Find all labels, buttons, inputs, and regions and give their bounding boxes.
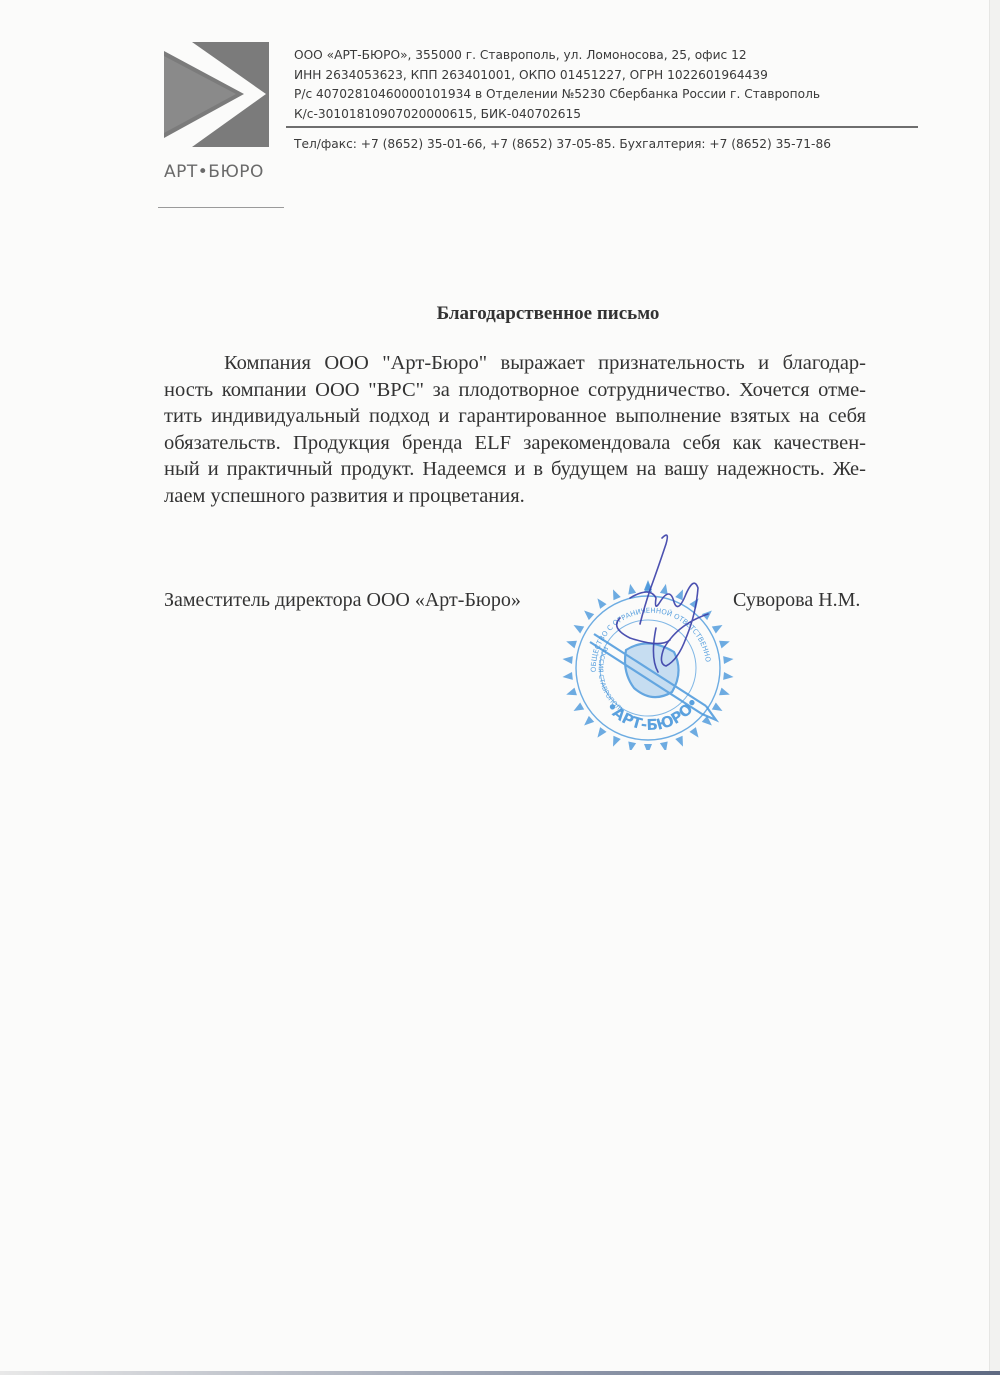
art-buro-logo-icon <box>164 42 269 147</box>
logo-wordmark: АРТ•БЮРО <box>164 162 274 182</box>
requisites-correspondent-account: К/с-30101810907020000615, БИК-040702615 <box>294 105 820 125</box>
letter-body: Компания ООО "Арт-Бюро" выражает признат… <box>164 350 866 510</box>
company-contacts: Тел/факс: +7 (8652) 35-01-66, +7 (8652) … <box>294 137 831 151</box>
body-line: тить индивидуальный подход и гарантирова… <box>164 403 866 430</box>
scan-edge-right <box>989 0 1000 1375</box>
requisites-tax-ids: ИНН 2634053623, КПП 263401001, ОКПО 0145… <box>294 66 820 86</box>
scan-edge-bottom <box>0 1371 1000 1375</box>
body-line: обязательств. Продукция бренда ELF зарек… <box>164 430 866 457</box>
body-line: ный и практичный продукт. Надеемся и в б… <box>164 456 866 483</box>
requisites-bank-account: Р/с 40702810460000101934 в Отделении №52… <box>294 85 820 105</box>
company-requisites: ООО «АРТ-БЮРО», 355000 г. Ставрополь, ул… <box>294 46 820 124</box>
body-line: ность компании ООО "ВРС" за плодотворное… <box>164 377 866 404</box>
signer-name: Суворова Н.М. <box>733 589 860 612</box>
logo-divider <box>158 207 284 208</box>
requisites-address: ООО «АРТ-БЮРО», 355000 г. Ставрополь, ул… <box>294 46 820 66</box>
letter-title: Благодарственное письмо <box>0 303 1000 325</box>
body-line: лаем успешного развития и процветания. <box>164 483 866 510</box>
handwritten-signature-icon <box>600 528 740 678</box>
header-divider <box>286 126 918 128</box>
signer-role: Заместитель директора ООО «Арт-Бюро» <box>164 589 521 612</box>
body-line: Компания ООО "Арт-Бюро" выражает признат… <box>164 350 866 377</box>
